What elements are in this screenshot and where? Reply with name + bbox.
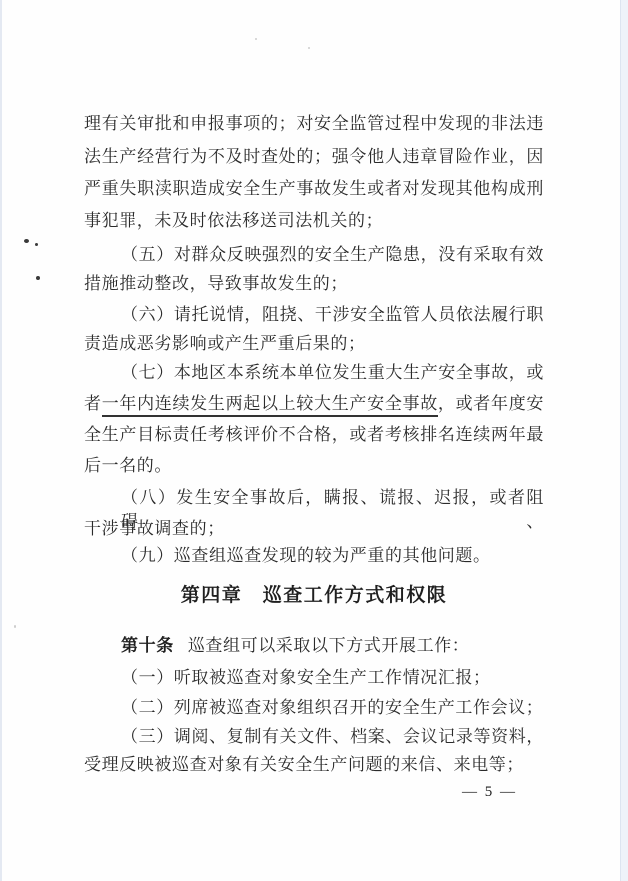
body-line-item-5: （五）对群众反映强烈的安全生产隐患，没有采取有效 (84, 243, 544, 267)
scan-speckle (14, 625, 16, 628)
scan-speckle (308, 47, 310, 49)
body-line: 事犯罪，未及时依法移送司法机关的； (84, 209, 544, 233)
body-line: 措施推动整改，导致事故发生的； (84, 272, 544, 296)
scan-speckle (36, 276, 40, 280)
scan-speckle (255, 38, 257, 40)
article-item-1: （一）听取被巡查对象安全生产工作情况汇报； (84, 666, 544, 690)
body-line: 严重失职渎职造成安全生产事故发生或者对发现其他构成刑 (84, 177, 544, 201)
body-text: 者 (84, 394, 102, 413)
body-line-item-7: （七）本地区本系统本单位发生重大生产安全事故，或 (84, 361, 544, 385)
article-number: 第十条 (121, 636, 174, 655)
body-line: 干涉事故调查的； (84, 517, 544, 541)
body-line: 后一名的。 (84, 454, 544, 478)
body-line: 受理反映被巡查对象有关安全生产问题的来信、来电等； (84, 753, 544, 777)
scan-edge-left (0, 0, 2, 881)
chapter-heading: 第四章 巡查工作方式和权限 (84, 584, 544, 608)
scan-speckle (24, 239, 29, 243)
article-10-line: 第十条巡查组可以采取以下方式开展工作： (84, 634, 544, 658)
body-text: ，或者年度安 (438, 394, 544, 413)
scan-speckle (35, 243, 38, 246)
scanned-document-page: 理有关审批和申报事项的；对安全监管过程中发现的非法违 法生产经营行为不及时查处的… (0, 0, 628, 881)
body-line: 责造成恶劣影响或产生严重后果的； (84, 332, 544, 356)
article-item-3: （三）调阅、复制有关文件、档案、会议记录等资料， (84, 725, 544, 749)
body-line-item-6: （六）请托说情，阻挠、干涉安全监管人员依法履行职 (84, 303, 544, 327)
article-item-2: （二）列席被巡查对象组织召开的安全生产工作会议； (84, 696, 544, 720)
body-line: 法生产经营行为不及时查处的；强令他人违章冒险作业，因 (84, 145, 544, 169)
body-line: 全生产目标责任考核评价不合格，或者考核排名连续两年最 (84, 423, 544, 447)
scan-edge-right (620, 0, 628, 881)
body-line-underlined: 者一年内连续发生两起以上较大生产安全事故，或者年度安 (84, 392, 544, 416)
body-line-item-9: （九）巡查组巡查发现的较为严重的其他问题。 (84, 544, 544, 568)
underlined-text: 一年内连续发生两起以上较大生产安全事故 (102, 394, 438, 417)
page-number: — 5 — (462, 784, 542, 801)
article-intro: 巡查组可以采取以下方式开展工作： (188, 636, 470, 655)
body-line: 理有关审批和申报事项的；对安全监管过程中发现的非法违 (84, 112, 544, 136)
